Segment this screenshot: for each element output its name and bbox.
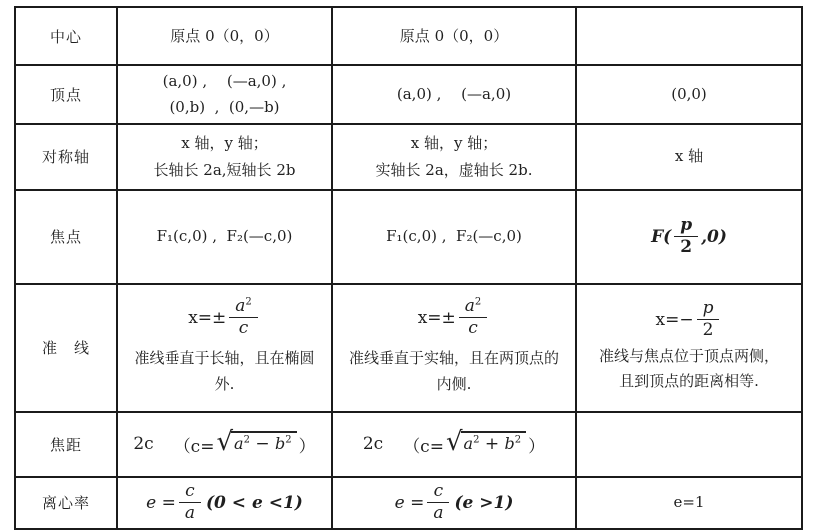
directrix-hyperbola-formula: x=±a2c xyxy=(418,298,491,338)
cell-eccentricity-ellipse: e =ca(0 < e <1) xyxy=(117,477,332,529)
eccentricity-hyperbola-formula: e =ca(e >1) xyxy=(395,483,514,523)
table-row-directrix: 准 线 x=±a2c 准线垂直于长轴，且在椭圆 外. x=±a2c 准线垂直于实… xyxy=(15,284,802,412)
table-row-focus: 焦点 F₁(c,0) , F₂(—c,0) F₁(c,0) , F₂(—c,0)… xyxy=(15,190,802,284)
cell-focus-parabola: F(p2,0) xyxy=(576,190,802,284)
fraction: ca xyxy=(179,483,201,523)
row-label-focus: 焦点 xyxy=(15,190,117,284)
fraction-numerator: p xyxy=(680,215,692,235)
eccentricity-condition: (0 < e <1) xyxy=(206,493,303,513)
operator: − xyxy=(250,434,275,454)
center-hyperbola-text: 原点 0（0，0） xyxy=(400,23,508,49)
fraction-numerator: p xyxy=(703,298,714,318)
conic-properties-table: 中心 原点 0（0，0） 原点 0（0，0） 顶点 (a,0) , (—a,0)… xyxy=(14,6,803,530)
focus-hyperbola-text: F₁(c,0) , F₂(—c,0) xyxy=(386,223,522,249)
exponent: 2 xyxy=(475,296,481,307)
eccentricity-parabola-text: e=1 xyxy=(674,489,705,515)
cell-axis-hyperbola: x 轴，y 轴； 实轴长 2a，虚轴长 2b. xyxy=(332,124,576,190)
fraction-numerator: c xyxy=(185,481,195,501)
fraction-denominator: 2 xyxy=(674,237,698,257)
cell-axis-parabola: x 轴 xyxy=(576,124,802,190)
vertex-parabola-text: (0,0) xyxy=(671,81,707,107)
fraction-numerator: c xyxy=(434,481,444,501)
formula-prefix: 2c xyxy=(363,434,383,454)
fraction: a2c xyxy=(459,298,488,338)
fraction: p2 xyxy=(697,300,720,340)
fraction-denominator: a xyxy=(433,503,443,523)
cell-eccentricity-hyperbola: e =ca(e >1) xyxy=(332,477,576,529)
fraction: p2 xyxy=(674,217,698,257)
formula-suffix: ,0) xyxy=(701,227,727,247)
vertex-hyperbola-text: (a,0) , (—a,0) xyxy=(397,81,511,107)
formula-prefix: x=± xyxy=(188,308,226,328)
cell-focal-parabola xyxy=(576,412,802,477)
formula-lhs: e = xyxy=(146,493,176,513)
table-row-focal-distance: 焦距 2c（c=√a2 − b2） 2c（c=√a2 + b2） xyxy=(15,412,802,477)
row-label-focal-distance: 焦距 xyxy=(15,412,117,477)
table-row-eccentricity: 离心率 e =ca(0 < e <1) e =ca(e >1) e=1 xyxy=(15,477,802,529)
focal-ellipse-formula: 2c（c=√a2 − b2） xyxy=(133,431,315,457)
cell-center-hyperbola: 原点 0（0，0） xyxy=(332,7,576,65)
row-label-eccentricity: 离心率 xyxy=(15,477,117,529)
fraction: ca xyxy=(427,483,449,523)
square-root: √a2 + b2 xyxy=(446,431,526,457)
formula-prefix: 2c xyxy=(133,434,153,454)
directrix-parabola-formula: x=−p2 xyxy=(656,300,723,340)
cell-directrix-hyperbola: x=±a2c 准线垂直于实轴，且在两顶点的 内侧. xyxy=(332,284,576,412)
row-label-directrix: 准 线 xyxy=(15,284,117,412)
focal-hyperbola-formula: 2c（c=√a2 + b2） xyxy=(363,431,545,457)
paren-close: ） xyxy=(528,432,545,457)
cell-directrix-ellipse: x=±a2c 准线垂直于长轴，且在椭圆 外. xyxy=(117,284,332,412)
cell-axis-ellipse: x 轴，y 轴； 长轴长 2a,短轴长 2b xyxy=(117,124,332,190)
table-row-vertex: 顶点 (a,0) , (—a,0) , (0,b) , (0,—b) (a,0)… xyxy=(15,65,802,124)
cell-vertex-parabola: (0,0) xyxy=(576,65,802,124)
row-label-vertex: 顶点 xyxy=(15,65,117,124)
row-label-symmetry-axis: 对称轴 xyxy=(15,124,117,190)
operator: + xyxy=(479,434,504,454)
formula-lhs: e = xyxy=(395,493,425,513)
fraction-denominator: a xyxy=(185,503,195,523)
directrix-hyperbola-note: 准线垂直于实轴，且在两顶点的 内侧. xyxy=(349,346,559,397)
fraction-denominator: 2 xyxy=(697,320,720,340)
fraction-numerator: a xyxy=(235,296,245,316)
vertex-ellipse-text: (a,0) , (—a,0) , (0,b) , (0,—b) xyxy=(163,68,287,121)
cell-focus-hyperbola: F₁(c,0) , F₂(—c,0) xyxy=(332,190,576,284)
axis-parabola-text: x 轴 xyxy=(675,143,703,169)
formula-prefix: F( xyxy=(651,227,671,247)
cell-center-ellipse: 原点 0（0，0） xyxy=(117,7,332,65)
directrix-ellipse-note: 准线垂直于长轴，且在椭圆 外. xyxy=(134,346,314,397)
fraction-denominator: c xyxy=(468,318,478,338)
paren-open: （c= xyxy=(403,432,444,457)
table-row-symmetry-axis: 对称轴 x 轴，y 轴； 长轴长 2a,短轴长 2b x 轴，y 轴； 实轴长 … xyxy=(15,124,802,190)
exponent: 2 xyxy=(245,296,251,307)
cell-vertex-ellipse: (a,0) , (—a,0) , (0,b) , (0,—b) xyxy=(117,65,332,124)
cell-focus-ellipse: F₁(c,0) , F₂(—c,0) xyxy=(117,190,332,284)
axis-ellipse-text: x 轴，y 轴； 长轴长 2a,短轴长 2b xyxy=(154,130,296,183)
cell-eccentricity-parabola: e=1 xyxy=(576,477,802,529)
center-ellipse-text: 原点 0（0，0） xyxy=(170,23,278,49)
focus-parabola-formula: F(p2,0) xyxy=(651,217,727,257)
fraction-numerator: a xyxy=(465,296,475,316)
cell-directrix-parabola: x=−p2 准线与焦点位于顶点两侧， 且到顶点的距离相等. xyxy=(576,284,802,412)
paren-close: ） xyxy=(299,432,316,457)
square-root: √a2 − b2 xyxy=(216,431,296,457)
radical-sign: √ xyxy=(216,429,233,455)
axis-hyperbola-text: x 轴，y 轴； 实轴长 2a，虚轴长 2b. xyxy=(376,130,533,183)
table-row-center: 中心 原点 0（0，0） 原点 0（0，0） xyxy=(15,7,802,65)
directrix-parabola-note: 准线与焦点位于顶点两侧， 且到顶点的距离相等. xyxy=(599,344,779,395)
focus-ellipse-text: F₁(c,0) , F₂(—c,0) xyxy=(157,223,293,249)
directrix-ellipse-formula: x=±a2c xyxy=(188,298,261,338)
cell-center-parabola xyxy=(576,7,802,65)
eccentricity-condition: (e >1) xyxy=(454,493,513,513)
formula-prefix: x=− xyxy=(656,310,694,330)
cell-focal-hyperbola: 2c（c=√a2 + b2） xyxy=(332,412,576,477)
paren-open: （c= xyxy=(174,432,215,457)
cell-focal-ellipse: 2c（c=√a2 − b2） xyxy=(117,412,332,477)
row-label-center: 中心 xyxy=(15,7,117,65)
cell-vertex-hyperbola: (a,0) , (—a,0) xyxy=(332,65,576,124)
formula-prefix: x=± xyxy=(418,308,456,328)
fraction: a2c xyxy=(229,298,258,338)
eccentricity-ellipse-formula: e =ca(0 < e <1) xyxy=(146,483,303,523)
fraction-denominator: c xyxy=(239,318,249,338)
radical-sign: √ xyxy=(446,429,463,455)
